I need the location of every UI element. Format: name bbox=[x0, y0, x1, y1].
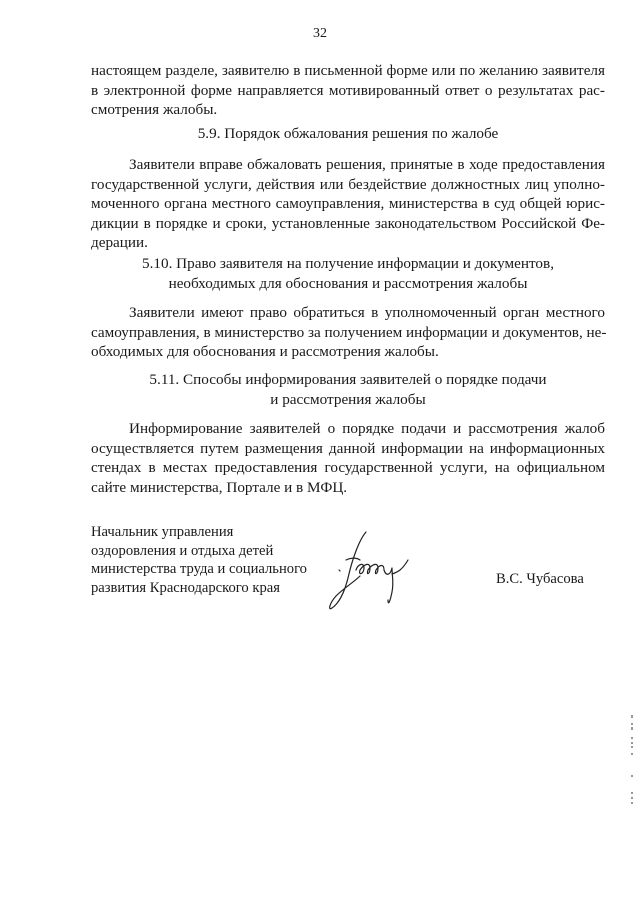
heading-line: необходимых для обоснования и рассмотрен… bbox=[91, 274, 605, 294]
signatory-name: В.С. Чубасова bbox=[496, 571, 584, 588]
position-line: Начальник управления bbox=[91, 523, 307, 542]
text-line: дерации. bbox=[91, 233, 605, 253]
section-body-5-11: Информирование заявителей о порядке пода… bbox=[91, 419, 605, 497]
text-line: стендах в местах предоставления государс… bbox=[91, 458, 605, 478]
page-number: 32 bbox=[0, 26, 640, 42]
position-line: оздоровления и отдыха детей bbox=[91, 542, 307, 561]
text-line: Заявители вправе обжаловать решения, при… bbox=[91, 155, 605, 175]
heading-line: и рассмотрения жалобы bbox=[91, 390, 605, 410]
text-line: Заявители имеют право обратиться в уполн… bbox=[91, 303, 605, 323]
section-body-5-9: Заявители вправе обжаловать решения, при… bbox=[91, 155, 605, 253]
handwritten-signature-icon bbox=[326, 530, 436, 615]
heading-line: 5.9. Порядок обжалования решения по жало… bbox=[91, 124, 605, 144]
text-line: сайте министерства, Портале и в МФЦ. bbox=[91, 478, 605, 498]
text-line: дикции в порядке и сроки, установленные … bbox=[91, 214, 605, 234]
signatory-position: Начальник управления оздоровления и отды… bbox=[91, 523, 307, 597]
section-body-5-10: Заявители имеют право обратиться в уполн… bbox=[91, 303, 605, 362]
text-line: обходимых для обоснования и рассмотрения… bbox=[91, 342, 605, 362]
position-line: развития Краснодарского края bbox=[91, 579, 307, 598]
text-line: Информирование заявителей о порядке пода… bbox=[91, 419, 605, 439]
text-line: государственной услуги, действия или без… bbox=[91, 175, 605, 195]
heading-line: 5.10. Право заявителя на получение инфор… bbox=[91, 254, 605, 274]
section-heading-5-10: 5.10. Право заявителя на получение инфор… bbox=[91, 254, 605, 293]
text-line: в электронной форме направляется мотивир… bbox=[91, 81, 605, 101]
section-heading-5-9: 5.9. Порядок обжалования решения по жало… bbox=[91, 124, 605, 144]
text-line: самоуправления, в министерство за получе… bbox=[91, 323, 605, 343]
section-heading-5-11: 5.11. Способы информирования заявителей … bbox=[91, 370, 605, 409]
heading-line: 5.11. Способы информирования заявителей … bbox=[91, 370, 605, 390]
text-line: настоящем разделе, заявителю в письменно… bbox=[91, 61, 605, 81]
text-line: смотрения жалобы. bbox=[91, 100, 605, 120]
position-line: министерства труда и социального bbox=[91, 560, 307, 579]
text-line: моченного органа местного самоуправления… bbox=[91, 194, 605, 214]
text-line: осуществляется путем размещения данной и… bbox=[91, 439, 605, 459]
intro-paragraph: настоящем разделе, заявителю в письменно… bbox=[91, 61, 605, 120]
